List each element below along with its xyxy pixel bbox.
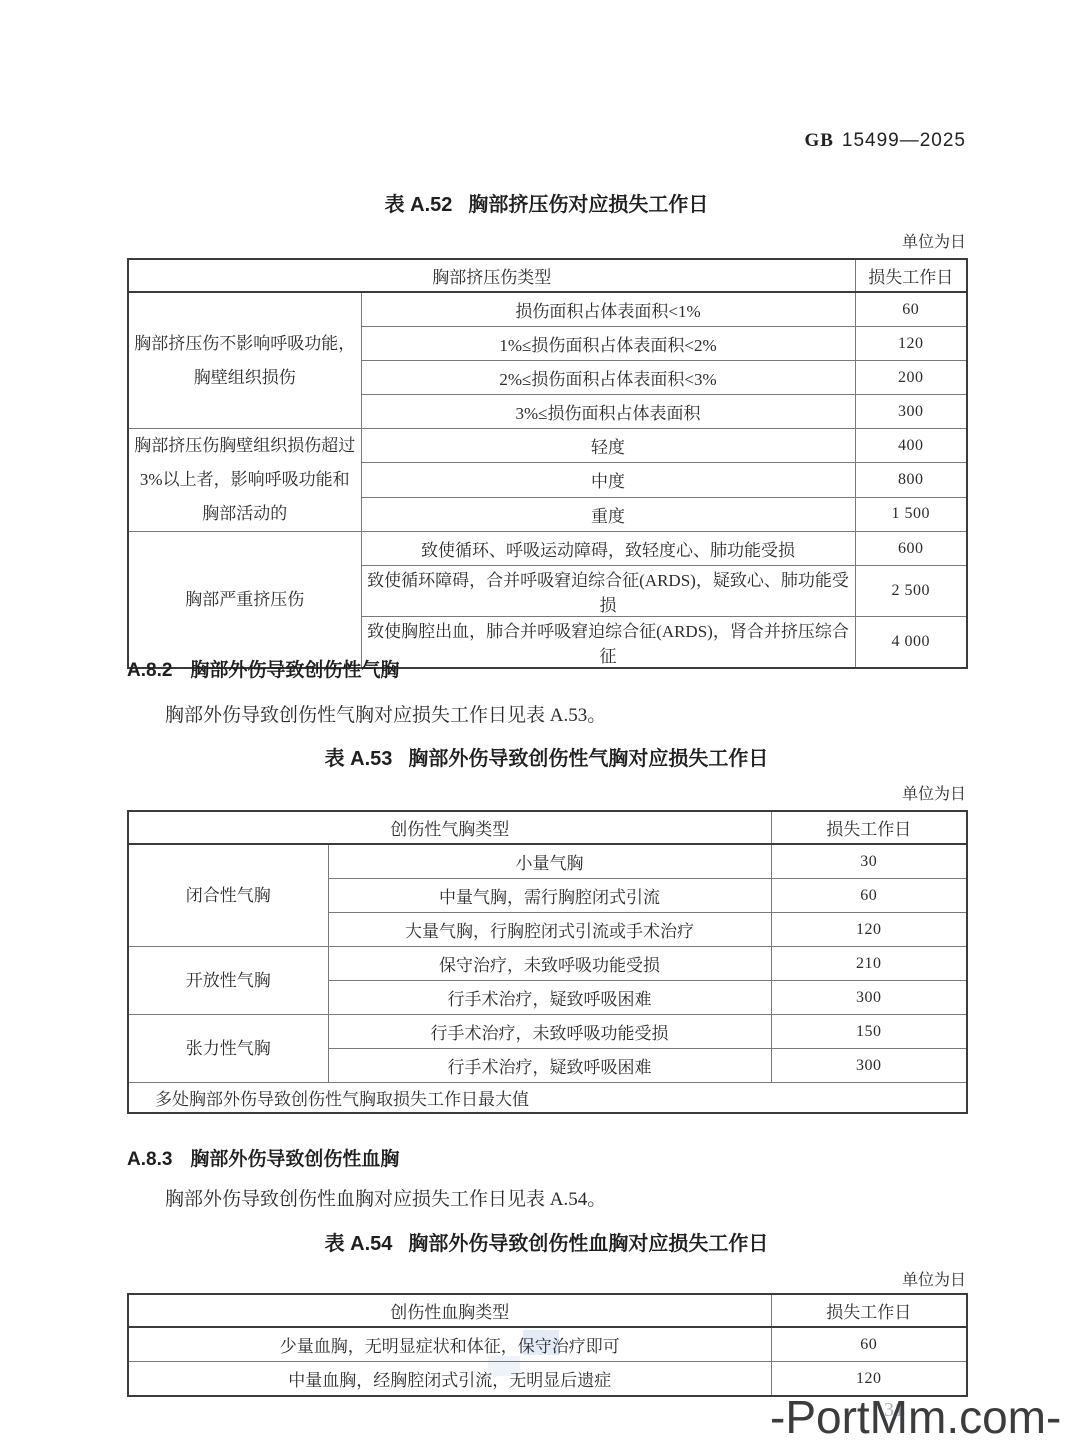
table-row: 闭合性气胸 小量气胸 30	[128, 844, 967, 879]
col-header-type: 创伤性气胸类型	[128, 811, 771, 844]
doc-number: 15499—2025	[842, 130, 966, 151]
table-row: 胸部挤压伤胸壁组织损伤超过3%以上者，影响呼吸功能和胸部活动的 轻度 400	[128, 429, 967, 463]
days-cell: 200	[855, 361, 967, 395]
section-number: A.8.3	[127, 1149, 172, 1170]
desc-cell: 2%≤损伤面积占体表面积<3%	[361, 361, 855, 395]
table-row: 少量血胸，无明显症状和体征，保守治疗即可 60	[128, 1327, 967, 1362]
desc-cell: 中量气胸，需行胸腔闭式引流	[328, 879, 771, 913]
col-header-days: 损失工作日	[771, 1294, 967, 1327]
table-a54-caption-label: 表 A.54	[325, 1233, 393, 1255]
col-header-days: 损失工作日	[855, 259, 967, 292]
desc-cell: 3%≤损伤面积占体表面积	[361, 395, 855, 429]
desc-cell: 行手术治疗，未致呼吸功能受损	[328, 1015, 771, 1049]
table-a52-caption-text: 胸部挤压伤对应损失工作日	[468, 194, 708, 216]
desc-cell: 重度	[361, 497, 855, 531]
col-header-type: 胸部挤压伤类型	[128, 259, 855, 292]
table-a53-caption-label: 表 A.53	[325, 748, 393, 770]
col-header-days: 损失工作日	[771, 811, 967, 844]
table-a53: 创伤性气胸类型 损失工作日 闭合性气胸 小量气胸 30 中量气胸，需行胸腔闭式引…	[127, 810, 968, 1114]
table-a53-caption-text: 胸部外伤导致创伤性气胸对应损失工作日	[408, 748, 768, 770]
days-cell: 300	[771, 981, 967, 1015]
days-cell: 300	[855, 395, 967, 429]
desc-cell: 致使循环、呼吸运动障碍，致轻度心、肺功能受损	[361, 532, 855, 566]
table-a52-caption: 表 A.52胸部挤压伤对应损失工作日	[127, 188, 966, 217]
desc-cell: 中量血胸，经胸腔闭式引流，无明显后遗症	[128, 1362, 771, 1397]
table-row: 开放性气胸 保守治疗，未致呼吸功能受损 210	[128, 947, 967, 981]
days-cell: 120	[771, 913, 967, 947]
unit-note-a54: 单位为日	[127, 1267, 966, 1290]
unit-note-a53: 单位为日	[127, 781, 966, 804]
days-cell: 60	[771, 879, 967, 913]
section-number: A.8.2	[127, 660, 172, 681]
group-cell: 开放性气胸	[128, 947, 328, 1015]
doc-header: GB15499—2025	[127, 130, 966, 152]
table-a52-header-row: 胸部挤压伤类型 损失工作日	[128, 259, 967, 292]
doc-number-gb: GB	[804, 130, 833, 151]
group-cell: 胸部严重挤压伤	[128, 532, 361, 669]
table-a53-caption: 表 A.53胸部外伤导致创伤性气胸对应损失工作日	[127, 742, 966, 771]
days-cell: 60	[855, 292, 967, 327]
section-title: 胸部外伤导致创伤性血胸	[190, 1149, 399, 1170]
table-footer-row: 多处胸部外伤导致创伤性气胸取损失工作日最大值	[128, 1083, 967, 1114]
days-cell: 60	[771, 1327, 967, 1362]
table-a54-caption-text: 胸部外伤导致创伤性血胸对应损失工作日	[408, 1233, 768, 1255]
days-cell: 1 500	[855, 497, 967, 531]
group-cell: 胸部挤压伤胸壁组织损伤超过3%以上者，影响呼吸功能和胸部活动的	[128, 429, 361, 532]
desc-cell: 损伤面积占体表面积<1%	[361, 292, 855, 327]
days-cell: 400	[855, 429, 967, 463]
group-cell: 闭合性气胸	[128, 844, 328, 947]
table-a54: 创伤性血胸类型 损失工作日 少量血胸，无明显症状和体征，保守治疗即可 60 中量…	[127, 1293, 968, 1397]
desc-cell: 大量气胸，行胸腔闭式引流或手术治疗	[328, 913, 771, 947]
document-page: GB15499—2025 表 A.52胸部挤压伤对应损失工作日 单位为日 胸部挤…	[0, 0, 1080, 1451]
table-a52-caption-label: 表 A.52	[385, 194, 453, 216]
table-row: 张力性气胸 行手术治疗，未致呼吸功能受损 150	[128, 1015, 967, 1049]
col-header-type: 创伤性血胸类型	[128, 1294, 771, 1327]
desc-cell: 行手术治疗，疑致呼吸困难	[328, 981, 771, 1015]
days-cell: 600	[855, 532, 967, 566]
table-a54-caption: 表 A.54胸部外伤导致创伤性血胸对应损失工作日	[127, 1227, 966, 1256]
days-cell: 2 500	[855, 566, 967, 617]
table-a54-header-row: 创伤性血胸类型 损失工作日	[128, 1294, 967, 1327]
desc-cell: 致使循环障碍，合并呼吸窘迫综合征(ARDS)，疑致心、肺功能受损	[361, 566, 855, 617]
days-cell: 300	[771, 1049, 967, 1083]
watermark-text: -PortMm.com-	[770, 1390, 1061, 1444]
desc-cell: 小量气胸	[328, 844, 771, 879]
table-row: 胸部严重挤压伤 致使循环、呼吸运动障碍，致轻度心、肺功能受损 600	[128, 532, 967, 566]
desc-cell: 少量血胸，无明显症状和体征，保守治疗即可	[128, 1327, 771, 1362]
group-cell: 胸部挤压伤不影响呼吸功能，胸壁组织损伤	[128, 292, 361, 429]
paragraph-a83: 胸部外伤导致创伤性血胸对应损失工作日见表 A.54。	[165, 1184, 965, 1211]
days-cell: 30	[771, 844, 967, 879]
days-cell: 800	[855, 463, 967, 497]
unit-note-a52: 单位为日	[127, 229, 966, 252]
desc-cell: 中度	[361, 463, 855, 497]
desc-cell: 保守治疗，未致呼吸功能受损	[328, 947, 771, 981]
section-heading-a82: A.8.2胸部外伤导致创伤性气胸	[127, 655, 966, 682]
table-row: 胸部挤压伤不影响呼吸功能，胸壁组织损伤 损伤面积占体表面积<1% 60	[128, 292, 967, 327]
desc-cell: 行手术治疗，疑致呼吸困难	[328, 1049, 771, 1083]
group-cell: 张力性气胸	[128, 1015, 328, 1083]
days-cell: 120	[855, 327, 967, 361]
table-a52: 胸部挤压伤类型 损失工作日 胸部挤压伤不影响呼吸功能，胸壁组织损伤 损伤面积占体…	[127, 258, 968, 669]
section-heading-a83: A.8.3胸部外伤导致创伤性血胸	[127, 1144, 966, 1171]
days-cell: 210	[771, 947, 967, 981]
footer-note-cell: 多处胸部外伤导致创伤性气胸取损失工作日最大值	[128, 1083, 967, 1114]
section-title: 胸部外伤导致创伤性气胸	[190, 660, 399, 681]
days-cell: 150	[771, 1015, 967, 1049]
table-a53-header-row: 创伤性气胸类型 损失工作日	[128, 811, 967, 844]
paragraph-a82: 胸部外伤导致创伤性气胸对应损失工作日见表 A.53。	[165, 700, 965, 727]
desc-cell: 轻度	[361, 429, 855, 463]
desc-cell: 1%≤损伤面积占体表面积<2%	[361, 327, 855, 361]
